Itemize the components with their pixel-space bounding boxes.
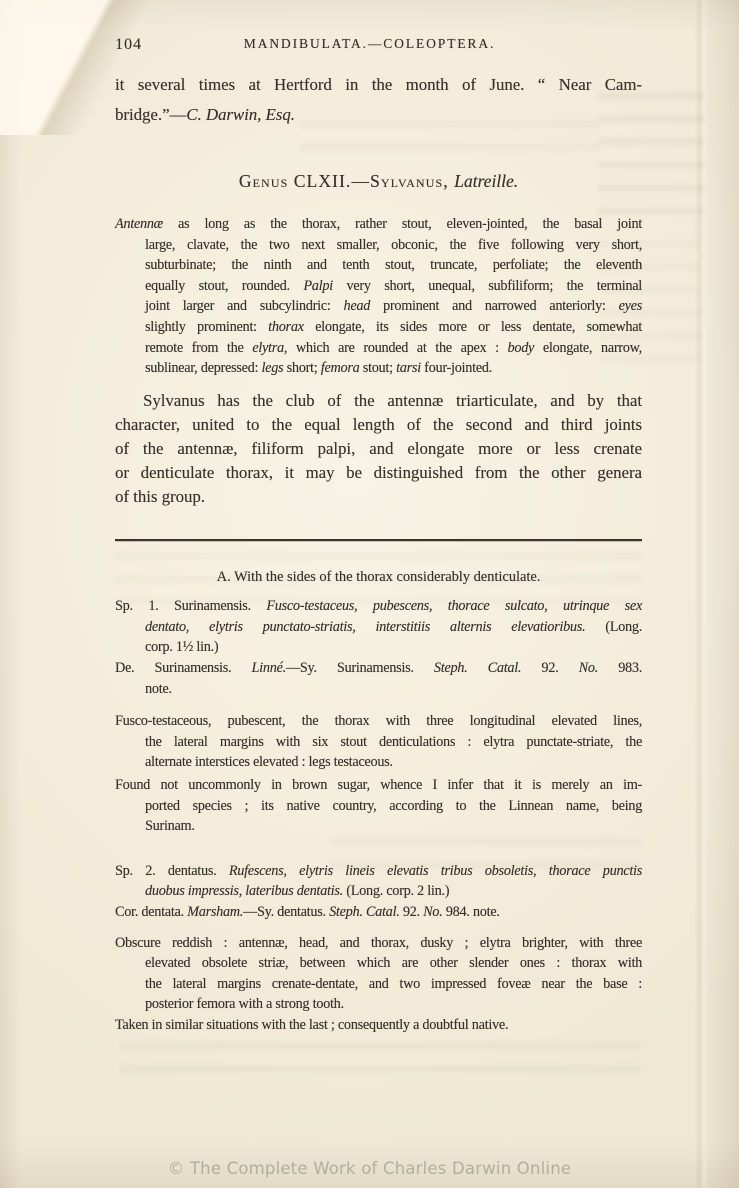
species-1-habitat-note: Found not uncommonly in brown sugar, whe… (115, 775, 642, 837)
show-through-text (120, 1042, 640, 1086)
intro-continuation-paragraph: it several times at Hertford in the mont… (115, 70, 642, 130)
text-segment: Steph. Catal. (329, 904, 399, 920)
text-segment: tarsi (396, 360, 421, 376)
text-line: corp. 1½ lin.) (115, 637, 642, 658)
text-line: Fusco-testaceous, pubescent, the thorax … (115, 711, 642, 732)
text-line: Taken in similar situations with the las… (115, 1015, 642, 1036)
text-line: Sp. 2. dentatus. Rufescens, elytris line… (115, 861, 642, 882)
text-segment: (Long. (585, 619, 642, 635)
text-segment: short; (283, 360, 320, 376)
text-segment: ported species ; its native country, acc… (145, 798, 642, 814)
text-segment: bridge.”— (115, 105, 186, 124)
text-segment: four-jointed. (421, 360, 492, 376)
text-segment: A. With the sides of the thorax consider… (217, 569, 541, 585)
text-segment: 92. (400, 904, 424, 920)
text-line: duobus impressis, lateribus dentatis. (L… (115, 881, 642, 902)
text-segment: equally stout, rounded. (145, 278, 303, 294)
text-line: posterior femora with a strong tooth. (115, 994, 642, 1015)
text-segment: Sylvanus has the club of the antennæ tri… (143, 391, 642, 410)
text-segment: elongate, its sides more or less dentate… (304, 319, 642, 335)
text-line: equally stout, rounded. Palpi very short… (115, 276, 642, 297)
text-line: Surinam. (115, 816, 642, 837)
text-segment: eyes (619, 298, 642, 314)
text-segment: No. (423, 904, 442, 920)
text-segment: or denticulate thorax, it may be disting… (115, 463, 642, 482)
text-segment: of the antennæ, filiform palpi, and elon… (115, 439, 642, 458)
text-segment: Palpi (303, 278, 333, 294)
species-1-synonymy: De. Surinamensis. Linné.—Sy. Surinamensi… (115, 658, 642, 699)
text-segment: character, united to the equal length of… (115, 415, 642, 434)
text-segment: Sp. 1. Surinamensis. (115, 598, 266, 614)
text-segment: Surinam. (145, 818, 195, 834)
text-segment: 92. (521, 660, 578, 676)
text-segment: elytra (252, 340, 284, 356)
watermark-text: © The Complete Work of Charles Darwin On… (0, 1159, 739, 1178)
text-line: elevated obsolete striæ, between which a… (115, 953, 642, 974)
text-segment: Fusco-testaceus, pubescens, thorace sulc… (266, 598, 642, 614)
species-2-description: Obscure reddish : antennæ, head, and tho… (115, 933, 642, 1015)
text-line: Sp. 1. Surinamensis. Fusco-testaceus, pu… (115, 596, 642, 617)
text-line: or denticulate thorax, it may be disting… (115, 461, 642, 485)
text-segment: De. Surinamensis. (115, 660, 252, 676)
text-segment: large, clavate, the two next smaller, ob… (145, 237, 642, 253)
page-number: 104 (115, 36, 142, 54)
text-segment: Linné. (252, 660, 286, 676)
section-divider-rule (115, 539, 642, 542)
text-segment: (Long. corp. 2 lin.) (343, 883, 449, 899)
scanned-book-page: 104 MANDIBULATA.—COLEOPTERA. it several … (0, 0, 739, 1188)
genus-remarks-paragraph: Sylvanus has the club of the antennæ tri… (115, 389, 642, 509)
text-segment: corp. 1½ lin.) (145, 639, 218, 655)
text-segment: Found not uncommonly in brown sugar, whe… (115, 777, 642, 793)
text-segment: , which are rounded at the apex : (284, 340, 508, 356)
text-segment: 984. note. (442, 904, 499, 920)
text-segment: C. Darwin, Esq. (186, 105, 295, 124)
text-line: Found not uncommonly in brown sugar, whe… (115, 775, 642, 796)
text-segment: stout; (359, 360, 396, 376)
text-line: the lateral margins crenate-dentate, and… (115, 974, 642, 995)
text-segment: of this group. (115, 487, 205, 506)
species-2-diagnosis: Sp. 2. dentatus. Rufescens, elytris line… (115, 861, 642, 902)
running-title: MANDIBULATA.—COLEOPTERA. (0, 36, 739, 52)
text-segment: Sp. 2. dentatus. (115, 863, 229, 879)
text-segment: head (343, 298, 370, 314)
section-heading: A. With the sides of the thorax consider… (115, 567, 642, 588)
text-line: dentato, elytris punctato-striatis, inte… (115, 617, 642, 638)
species-1-diagnosis: Sp. 1. Surinamensis. Fusco-testaceus, pu… (115, 596, 642, 658)
text-line: bridge.”—C. Darwin, Esq. (115, 100, 642, 130)
text-segment: slightly prominent: (145, 319, 268, 335)
page-edge-crease (695, 0, 709, 1188)
text-segment: Obscure reddish : antennæ, head, and tho… (115, 935, 642, 951)
text-segment: Cor. dentata. (115, 904, 187, 920)
text-segment: No. (579, 660, 598, 676)
text-segment: posterior femora with a strong tooth. (145, 996, 344, 1012)
text-segment: as long as the thorax, rather stout, ele… (163, 216, 642, 232)
species-2-synonymy: Cor. dentata. Marsham.—Sy. dentatus. Ste… (115, 902, 642, 923)
text-segment: Antennæ (115, 216, 163, 232)
species-1-description: Fusco-testaceous, pubescent, the thorax … (115, 711, 642, 773)
text-line: alternate interstices elevated : legs te… (115, 752, 642, 773)
text-segment: dentato, elytris punctato-striatis, inte… (145, 619, 585, 635)
text-segment: thorax (268, 319, 304, 335)
text-segment: remote from the (145, 340, 252, 356)
text-segment: body (508, 340, 535, 356)
genus-heading: Genus CLXII.—Sylvanus, Latreille. (115, 168, 642, 194)
text-segment: joint larger and subcylindric: (145, 298, 343, 314)
text-segment: Fusco-testaceous, pubescent, the thorax … (115, 713, 642, 729)
text-segment: it several times at Hertford in the mont… (115, 75, 642, 94)
text-segment: legs (261, 360, 283, 376)
text-segment: the lateral margins with six stout denti… (145, 734, 642, 750)
text-line: joint larger and subcylindric: head prom… (115, 296, 642, 317)
page-content: it several times at Hertford in the mont… (115, 70, 642, 1036)
text-line: it several times at Hertford in the mont… (115, 70, 642, 100)
text-segment: Taken in similar situations with the las… (115, 1017, 508, 1033)
text-line: character, united to the equal length of… (115, 413, 642, 437)
text-segment: Genus CLXII.—Sylvanus, (239, 171, 454, 191)
text-segment: elevated obsolete striæ, between which a… (145, 955, 642, 971)
text-line: De. Surinamensis. Linné.—Sy. Surinamensi… (115, 658, 642, 679)
text-segment: Latreille. (454, 171, 518, 191)
text-line: Sylvanus has the club of the antennæ tri… (115, 389, 642, 413)
text-line: note. (115, 679, 642, 700)
text-line: remote from the elytra, which are rounde… (115, 338, 642, 359)
text-line: of the antennæ, filiform palpi, and elon… (115, 437, 642, 461)
text-segment: Marsham. (187, 904, 243, 920)
text-segment: —Sy. dentatus. (243, 904, 329, 920)
text-line: ported species ; its native country, acc… (115, 796, 642, 817)
text-segment: femora (321, 360, 360, 376)
text-segment: duobus impressis, lateribus dentatis. (145, 883, 343, 899)
text-line: of this group. (115, 485, 642, 509)
text-segment: Rufescens, elytris lineis elevatis tribu… (229, 863, 642, 879)
text-segment: very short, unequal, subfiliform; the te… (333, 278, 642, 294)
text-line: Cor. dentata. Marsham.—Sy. dentatus. Ste… (115, 902, 642, 923)
text-line: slightly prominent: thorax elongate, its… (115, 317, 642, 338)
text-line: subturbinate; the ninth and tenth stout,… (115, 255, 642, 276)
text-segment: elongate, narrow, (534, 340, 642, 356)
text-segment: Steph. Catal. (434, 660, 521, 676)
species-2-habitat-note: Taken in similar situations with the las… (115, 1015, 642, 1036)
text-line: Obscure reddish : antennæ, head, and tho… (115, 933, 642, 954)
text-line: sublinear, depressed: legs short; femora… (115, 358, 642, 379)
text-segment: alternate interstices elevated : legs te… (145, 754, 393, 770)
text-line: the lateral margins with six stout denti… (115, 732, 642, 753)
text-segment: note. (145, 681, 172, 697)
text-line: Antennæ as long as the thorax, rather st… (115, 214, 642, 235)
text-segment: —Sy. Surinamensis. (286, 660, 434, 676)
text-segment: prominent and narrowed anteriorly: (370, 298, 619, 314)
text-segment: subturbinate; the ninth and tenth stout,… (145, 257, 642, 273)
text-segment: 983. (598, 660, 642, 676)
page-header: 104 MANDIBULATA.—COLEOPTERA. (0, 36, 739, 56)
text-segment: sublinear, depressed: (145, 360, 261, 376)
text-line: large, clavate, the two next smaller, ob… (115, 235, 642, 256)
text-segment: the lateral margins crenate-dentate, and… (145, 976, 642, 992)
genus-diagnosis-paragraph: Antennæ as long as the thorax, rather st… (115, 214, 642, 379)
